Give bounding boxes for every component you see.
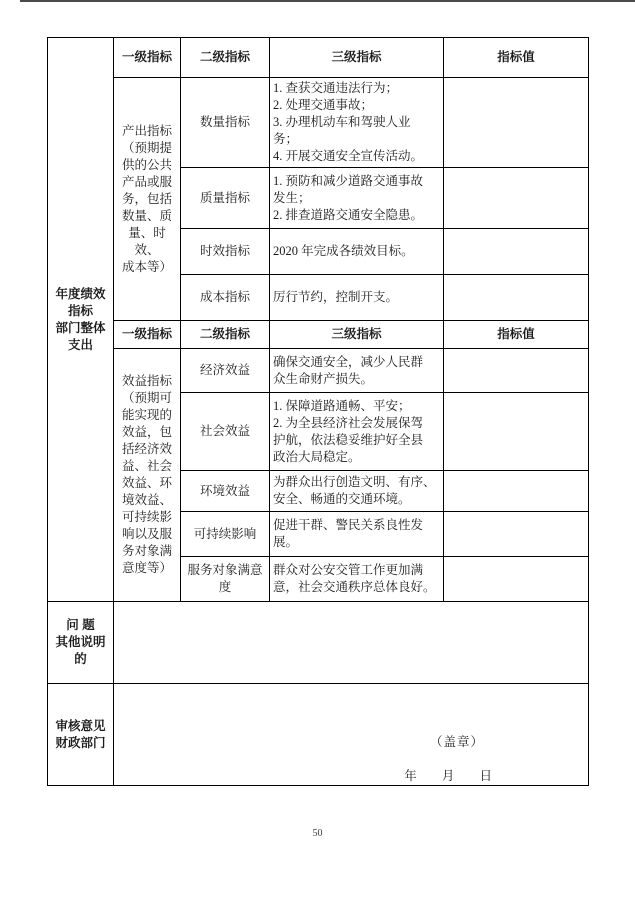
level2-cell-cost: 成本指标 (181, 275, 270, 321)
header2-indicator-value: 指标值 (444, 321, 589, 349)
value-cell-quantity (444, 78, 589, 168)
header-level3-indicator: 三级指标 (270, 38, 444, 78)
document-page: { "page_number": "50", "table": { "row_g… (0, 0, 635, 898)
date-month-label: 月 (442, 769, 455, 783)
level3-cell-sustainable-impact: 促进干群、警民关系良性发 展。 (270, 512, 444, 557)
row-group-label-annual-performance: 年度绩效指标 部门整体支出 (48, 38, 114, 602)
other-issues-label-line1: 问 题 (51, 617, 110, 634)
header-indicator-value: 指标值 (444, 38, 589, 78)
row-group-label-line1: 年度绩效指标 (51, 286, 110, 320)
level3-cell-quality: 1. 预防和减少道路交通事故 发生； 2. 排查道路交通安全隐患。 (270, 168, 444, 229)
value-cell-service-satisfaction (444, 557, 589, 602)
level3-cell-environmental-benefit: 为群众出行创造文明、有序、 安全、畅通的交通环境。 (270, 471, 444, 512)
value-cell-social-benefit (444, 393, 589, 471)
level3-cell-economic-benefit: 确保交通安全，减少人民群 众生命财产损失。 (270, 349, 444, 393)
value-cell-economic-benefit (444, 349, 589, 393)
signature-date-line: 年 月 日 (404, 768, 492, 785)
header2-level1-indicator: 一级指标 (114, 321, 181, 349)
level3-cell-cost: 厉行节约，控制开支。 (270, 275, 444, 321)
level1-cell-output-indicator: 产出指标 （预期提 供的公共 产品或服 务，包括 数量、质 量、时效、 成本等） (114, 78, 181, 321)
date-day-label: 日 (479, 769, 492, 783)
official-seal-placeholder: （盖章） (430, 734, 484, 751)
level2-cell-service-satisfaction: 服务对象满意度 (181, 557, 270, 602)
level3-cell-service-satisfaction: 群众对公安交管工作更加满 意，社会交通秩序总体良好。 (270, 557, 444, 602)
value-cell-sustainable-impact (444, 512, 589, 557)
review-opinion-label-line2: 财政部门 (51, 735, 110, 752)
header-level1-indicator: 一级指标 (114, 38, 181, 78)
other-issues-label-line3: 的 (51, 651, 110, 668)
other-issues-content-cell (114, 602, 589, 684)
review-opinion-label: 审核意见 财政部门 (48, 684, 114, 786)
other-issues-label-line2: 其他说明 (51, 634, 110, 651)
level2-cell-sustainable-impact: 可持续影响 (181, 512, 270, 557)
review-opinion-content-cell: （盖章） 年 月 日 (114, 684, 589, 786)
header2-level3-indicator: 三级指标 (270, 321, 444, 349)
other-issues-label: 问 题 其他说明 的 (48, 602, 114, 684)
level2-cell-economic-benefit: 经济效益 (181, 349, 270, 393)
level2-cell-social-benefit: 社会效益 (181, 393, 270, 471)
level3-cell-quantity: 1. 查获交通违法行为； 2. 处理交通事故； 3. 办理机动车和驾驶人业 务；… (270, 78, 444, 168)
level3-cell-social-benefit: 1. 保障道路通畅、平安； 2. 为全县经济社会发展保驾 护航，依法稳妥维护好全… (270, 393, 444, 471)
level2-cell-quality: 质量指标 (181, 168, 270, 229)
performance-indicator-table: 年度绩效指标 部门整体支出 一级指标 二级指标 三级指标 指标值 产出指标 （预… (47, 37, 589, 786)
row-group-label-line2: 部门整体支出 (51, 320, 110, 354)
level2-cell-quantity: 数量指标 (181, 78, 270, 168)
level1-cell-benefit-indicator: 效益指标 （预期可 能实现的 效益，包 括经济效 益、社会 效益、环 境效益、 … (114, 349, 181, 602)
level2-cell-environmental-benefit: 环境效益 (181, 471, 270, 512)
page-number: 50 (0, 828, 635, 839)
scan-artifact-line (20, 0, 635, 2)
level2-cell-timeliness: 时效指标 (181, 229, 270, 275)
value-cell-cost (444, 275, 589, 321)
header-level2-indicator: 二级指标 (181, 38, 270, 78)
header2-level2-indicator: 二级指标 (181, 321, 270, 349)
date-year-label: 年 (404, 769, 417, 783)
value-cell-quality (444, 168, 589, 229)
value-cell-timeliness (444, 229, 589, 275)
review-opinion-label-line1: 审核意见 (51, 718, 110, 735)
level3-cell-timeliness: 2020 年完成各绩效目标。 (270, 229, 444, 275)
value-cell-environmental-benefit (444, 471, 589, 512)
